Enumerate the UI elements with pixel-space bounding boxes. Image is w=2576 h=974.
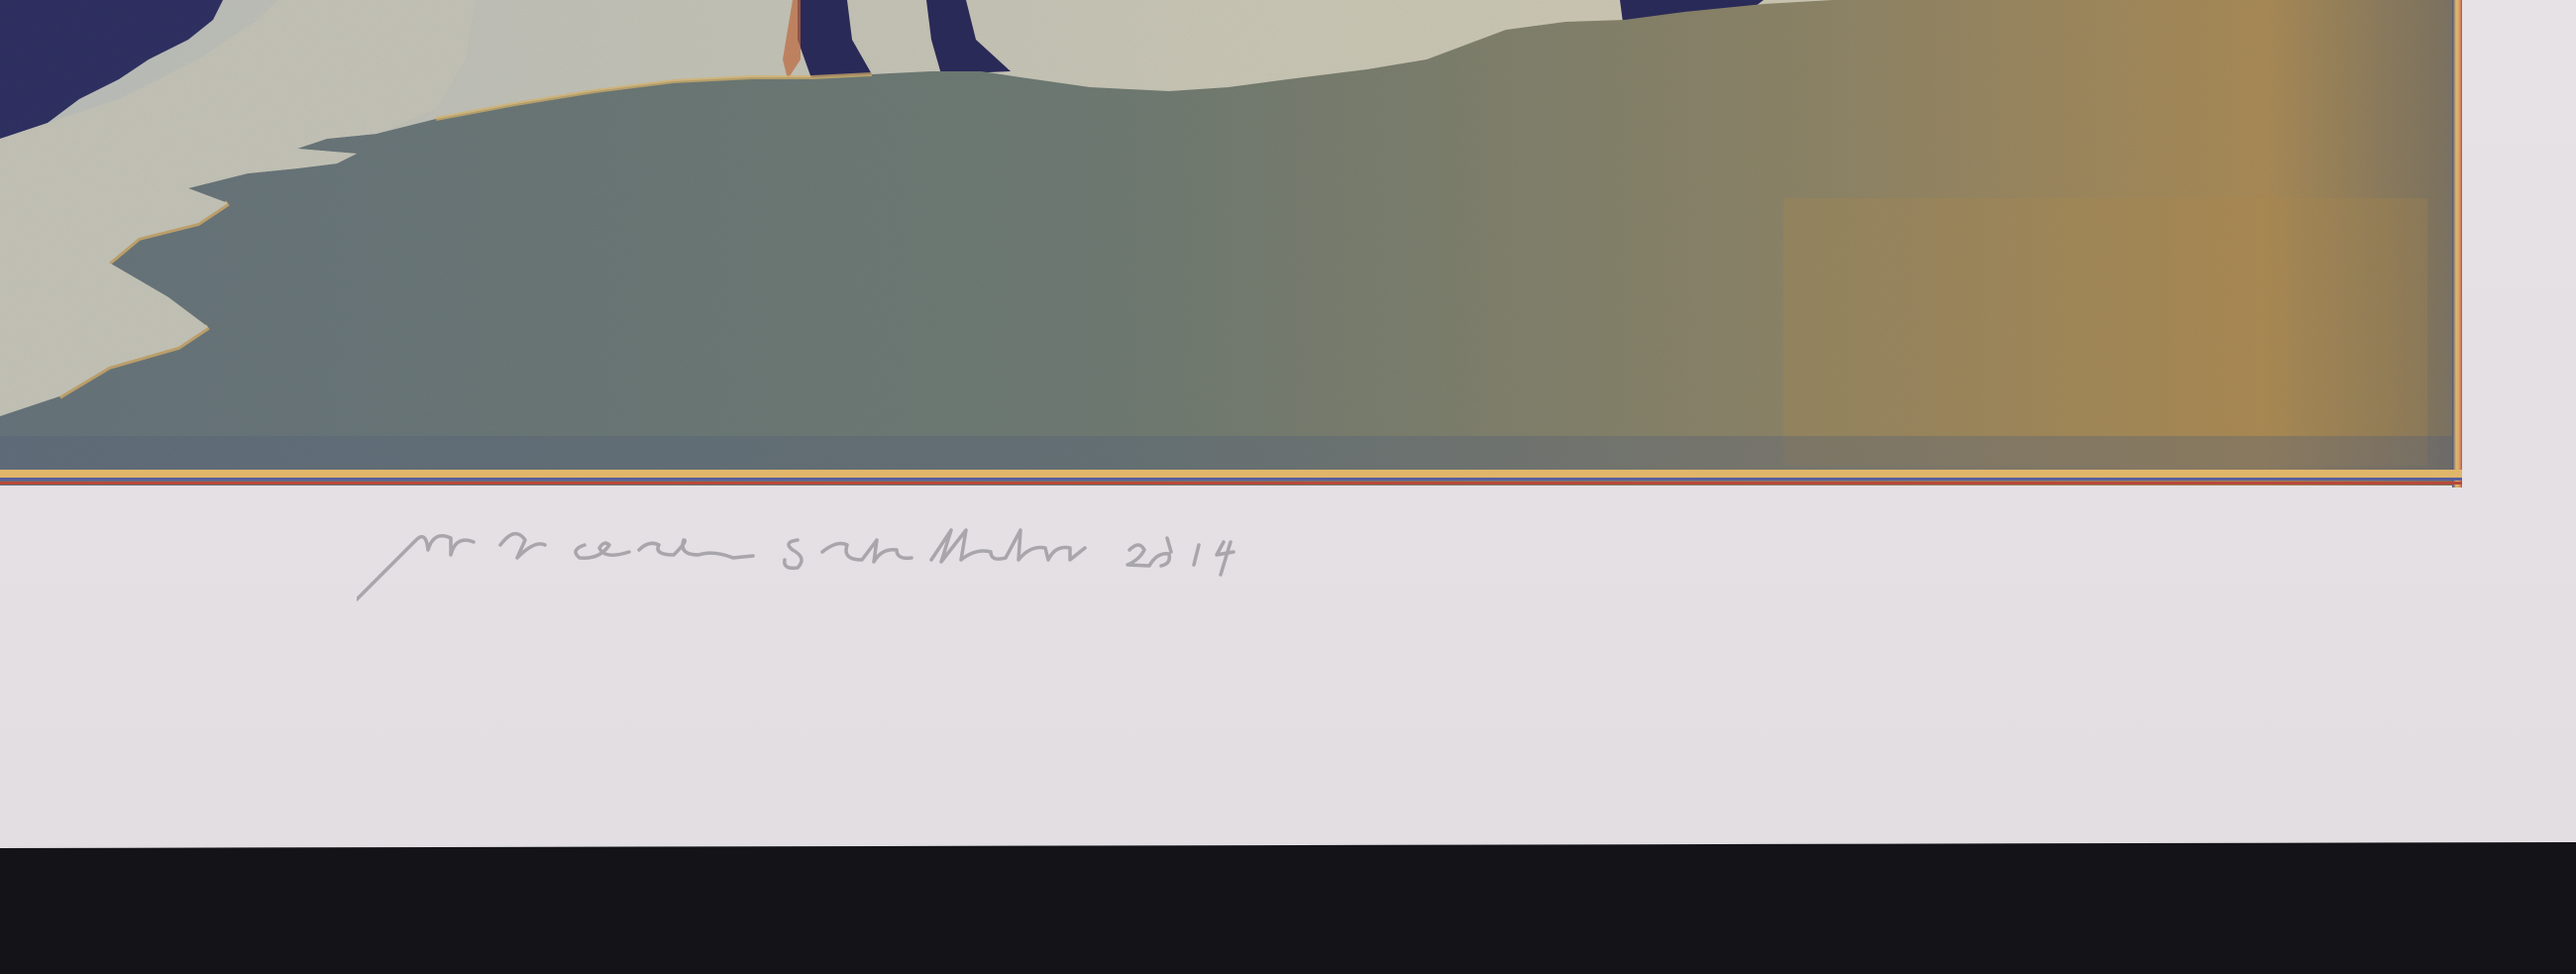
pencil-signature: marcel schellekens 2014	[357, 500, 2170, 609]
paper-margin: marcel schellekens 2014	[0, 0, 2576, 852]
black-frame	[0, 842, 2576, 974]
plate-right-edge	[2452, 0, 2462, 487]
red-line	[0, 482, 2462, 485]
ochre-line	[0, 470, 2462, 478]
plate-bottom-edge	[0, 470, 2462, 487]
blue-line	[0, 478, 2462, 481]
artwork-print	[0, 0, 2462, 486]
